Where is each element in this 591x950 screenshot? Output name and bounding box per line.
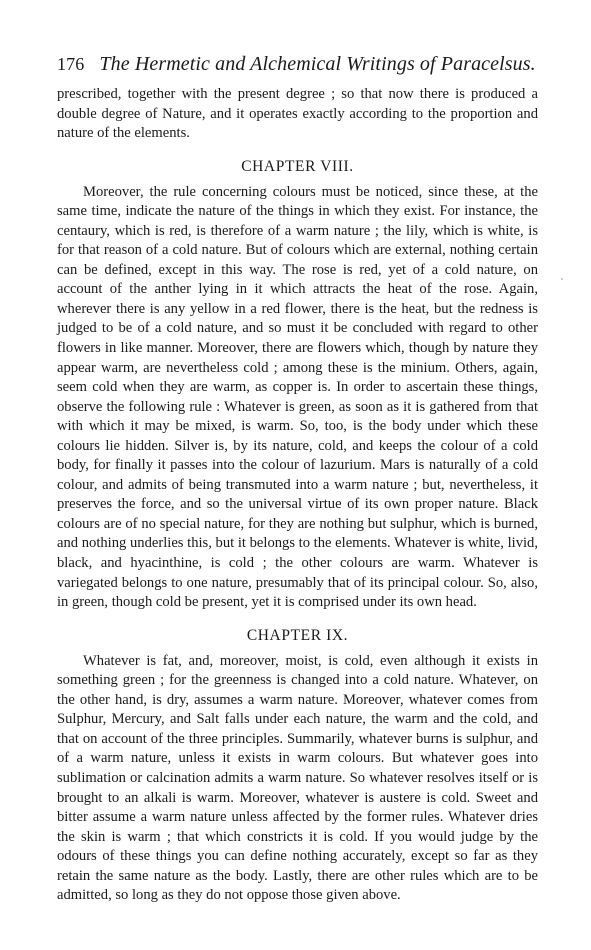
running-head: 176 The Hermetic and Alchemical Writings… bbox=[57, 52, 538, 76]
chapter-viii-body: Moreover, the rule concerning colours mu… bbox=[57, 183, 538, 613]
chapter-heading-viii: CHAPTER VIII. bbox=[57, 157, 538, 177]
opening-paragraph: prescribed, together with the present de… bbox=[57, 85, 538, 144]
book-page: 176 The Hermetic and Alchemical Writings… bbox=[57, 52, 538, 906]
page-number: 176 bbox=[57, 54, 84, 74]
running-title: The Hermetic and Alchemical Writings of … bbox=[99, 53, 535, 75]
chapter-heading-ix: CHAPTER IX. bbox=[57, 626, 538, 646]
scan-speck bbox=[561, 278, 563, 280]
chapter-ix-body: Whatever is fat, and, moreover, moist, i… bbox=[57, 652, 538, 906]
